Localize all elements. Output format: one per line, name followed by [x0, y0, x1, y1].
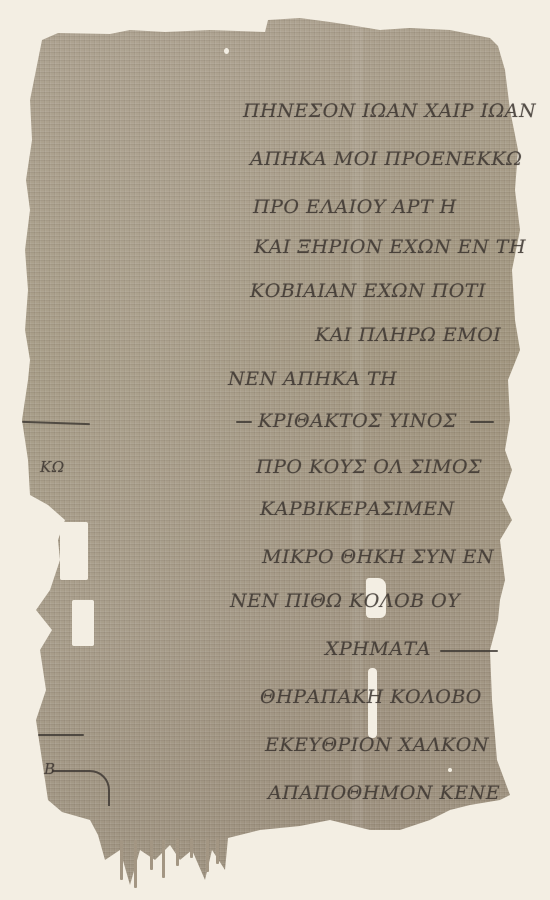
text-line-14: ΘΗΡΑΠΑΚΗ ΚΟΛΟΒΟ — [260, 686, 482, 708]
papyrus-lacuna — [60, 522, 88, 580]
text-line-13: ΧΡΗΜΑΤΑ — [325, 638, 431, 660]
margin-stroke — [38, 734, 84, 736]
papyrus-hole — [448, 768, 452, 772]
text-line-5: ΚΟΒΙΑΙΑΝ ΕΧΩΝ ΠΟΤΙ — [250, 280, 486, 302]
text-line-12: ΝΕΝ ΠΙΘΩ ΚΟΛΟΒ ΟΥ — [230, 590, 460, 612]
ink-dash — [470, 421, 494, 423]
text-line-16: ΑΠΑΠΟΘΗΜΟΝ ΚΕΝΕ — [268, 782, 500, 804]
text-line-1: ΠΗΝΕΣΟΝ ΙΩΑΝ ΧΑΙΡ ΙΩΑΝ — [243, 100, 536, 122]
text-line-15: ΕΚΕΥΘΡΙΟΝ ΧΑΛΚΟΝ — [265, 734, 489, 756]
ink-dash — [236, 421, 252, 423]
text-line-7: ΝΕΝ ΑΠΗΚΑ ΤΗ — [228, 368, 397, 390]
text-line-6: ΚΑΙ ΠΛΗΡΩ ΕΜΟΙ — [315, 324, 501, 346]
fiber-fringe — [150, 840, 153, 870]
text-line-11: ΜΙΚΡΟ ΘΗΚΗ ΣΥΝ ΕΝ — [262, 546, 494, 568]
margin-flourish — [52, 770, 110, 806]
text-line-4: ΚΑΙ ΞΗΡΙΟΝ ΕΧΩΝ ΕΝ ΤΗ — [254, 236, 526, 258]
papyrus-lacuna — [72, 600, 94, 646]
margin-text: ΚΩ — [40, 458, 65, 476]
fiber-fringe — [206, 838, 209, 872]
fiber-fringe — [190, 838, 193, 858]
fiber-fringe — [216, 838, 219, 864]
papyrus-fragment — [0, 0, 550, 900]
text-line-10: ΚΑΡΒΙΚΕΡΑΣΙΜΕΝ — [260, 498, 455, 520]
fiber-fringe — [134, 840, 137, 888]
ink-rule — [440, 650, 498, 652]
text-line-2: ΑΠΗΚΑ ΜΟΙ ΠΡΟΕΝΕΚΚΩ — [250, 148, 522, 170]
text-line-3: ΠΡΟ ΕΛΑΙΟΥ ΑΡΤ Η — [253, 196, 457, 218]
papyrus-hole — [224, 48, 229, 54]
text-line-9: ΠΡΟ ΚΟΥΣ ΟΛ ΣΙΜΟΣ — [256, 456, 482, 478]
fiber-fringe — [120, 840, 123, 880]
fiber-fringe — [176, 838, 179, 866]
photo-stage: ΠΗΝΕΣΟΝ ΙΩΑΝ ΧΑΙΡ ΙΩΑΝ ΑΠΗΚΑ ΜΟΙ ΠΡΟΕΝΕΚ… — [0, 0, 550, 900]
text-line-8: ΚΡΙΘΑΚΤΟΣ ΥΙΝΟΣ — [258, 410, 457, 432]
margin-text: Β — [44, 760, 56, 778]
fiber-fringe — [162, 840, 165, 878]
